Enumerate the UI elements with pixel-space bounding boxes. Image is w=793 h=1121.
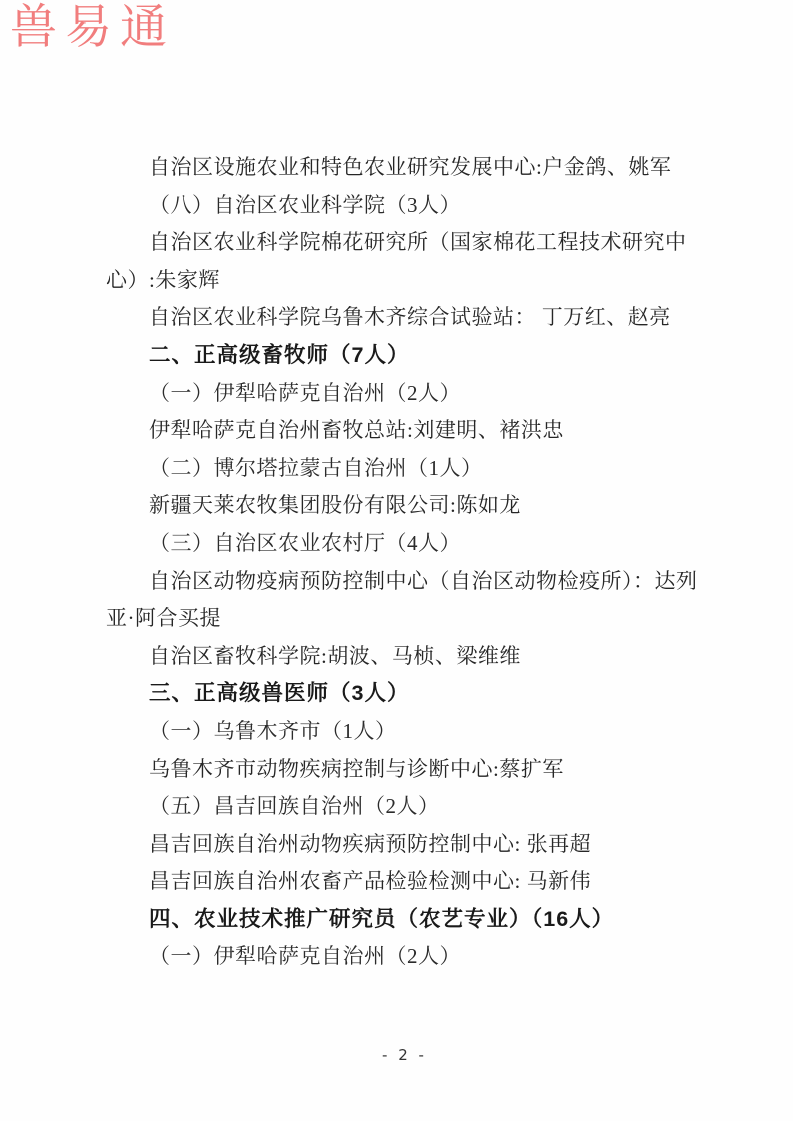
text-line: 三、正高级兽医师（3人） xyxy=(106,675,716,713)
text-line: 二、正高级畜牧师（7人） xyxy=(106,337,716,375)
text-line: 昌吉回族自治州动物疾病预防控制中心: 张再超 xyxy=(106,826,716,864)
text-line: 自治区设施农业和特色农业研究发展中心:户金鸽、姚军 xyxy=(106,149,716,187)
text-line: 亚·阿合买提 xyxy=(106,600,716,638)
text-line: 自治区动物疫病预防控制中心（自治区动物检疫所）：达列 xyxy=(106,563,716,601)
text-line: （八）自治区农业科学院（3人） xyxy=(106,187,716,225)
text-line: （二）博尔塔拉蒙古自治州（1人） xyxy=(106,450,716,488)
text-line: （五）昌吉回族自治州（2人） xyxy=(106,788,716,826)
document-page: 兽易通 自治区设施农业和特色农业研究发展中心:户金鸽、姚军（八）自治区农业科学院… xyxy=(0,0,793,1121)
text-line: 新疆天莱农牧集团股份有限公司:陈如龙 xyxy=(106,487,716,525)
text-line: （一）乌鲁木齐市（1人） xyxy=(106,713,716,751)
text-line: 乌鲁木齐市动物疾病控制与诊断中心:蔡扩军 xyxy=(106,751,716,789)
text-line: （三）自治区农业农村厅（4人） xyxy=(106,525,716,563)
page-number: - 2 - xyxy=(0,1046,793,1064)
text-line: 自治区农业科学院棉花研究所（国家棉花工程技术研究中 xyxy=(106,224,716,262)
text-line: 四、农业技术推广研究员（农艺专业）（16人） xyxy=(106,901,716,939)
text-line: 自治区农业科学院乌鲁木齐综合试验站： 丁万红、赵亮 xyxy=(106,299,716,337)
text-line: 心）:朱家辉 xyxy=(106,262,716,300)
text-line: 伊犁哈萨克自治州畜牧总站:刘建明、褚洪忠 xyxy=(106,412,716,450)
watermark-logo-text: 兽易通 xyxy=(10,0,175,56)
document-body: 自治区设施农业和特色农业研究发展中心:户金鸽、姚军（八）自治区农业科学院（3人）… xyxy=(106,149,716,976)
text-line: （一）伊犁哈萨克自治州（2人） xyxy=(106,375,716,413)
text-line: 昌吉回族自治州农畜产品检验检测中心: 马新伟 xyxy=(106,863,716,901)
text-line: 自治区畜牧科学院:胡波、马桢、梁维维 xyxy=(106,638,716,676)
text-line: （一）伊犁哈萨克自治州（2人） xyxy=(106,938,716,976)
